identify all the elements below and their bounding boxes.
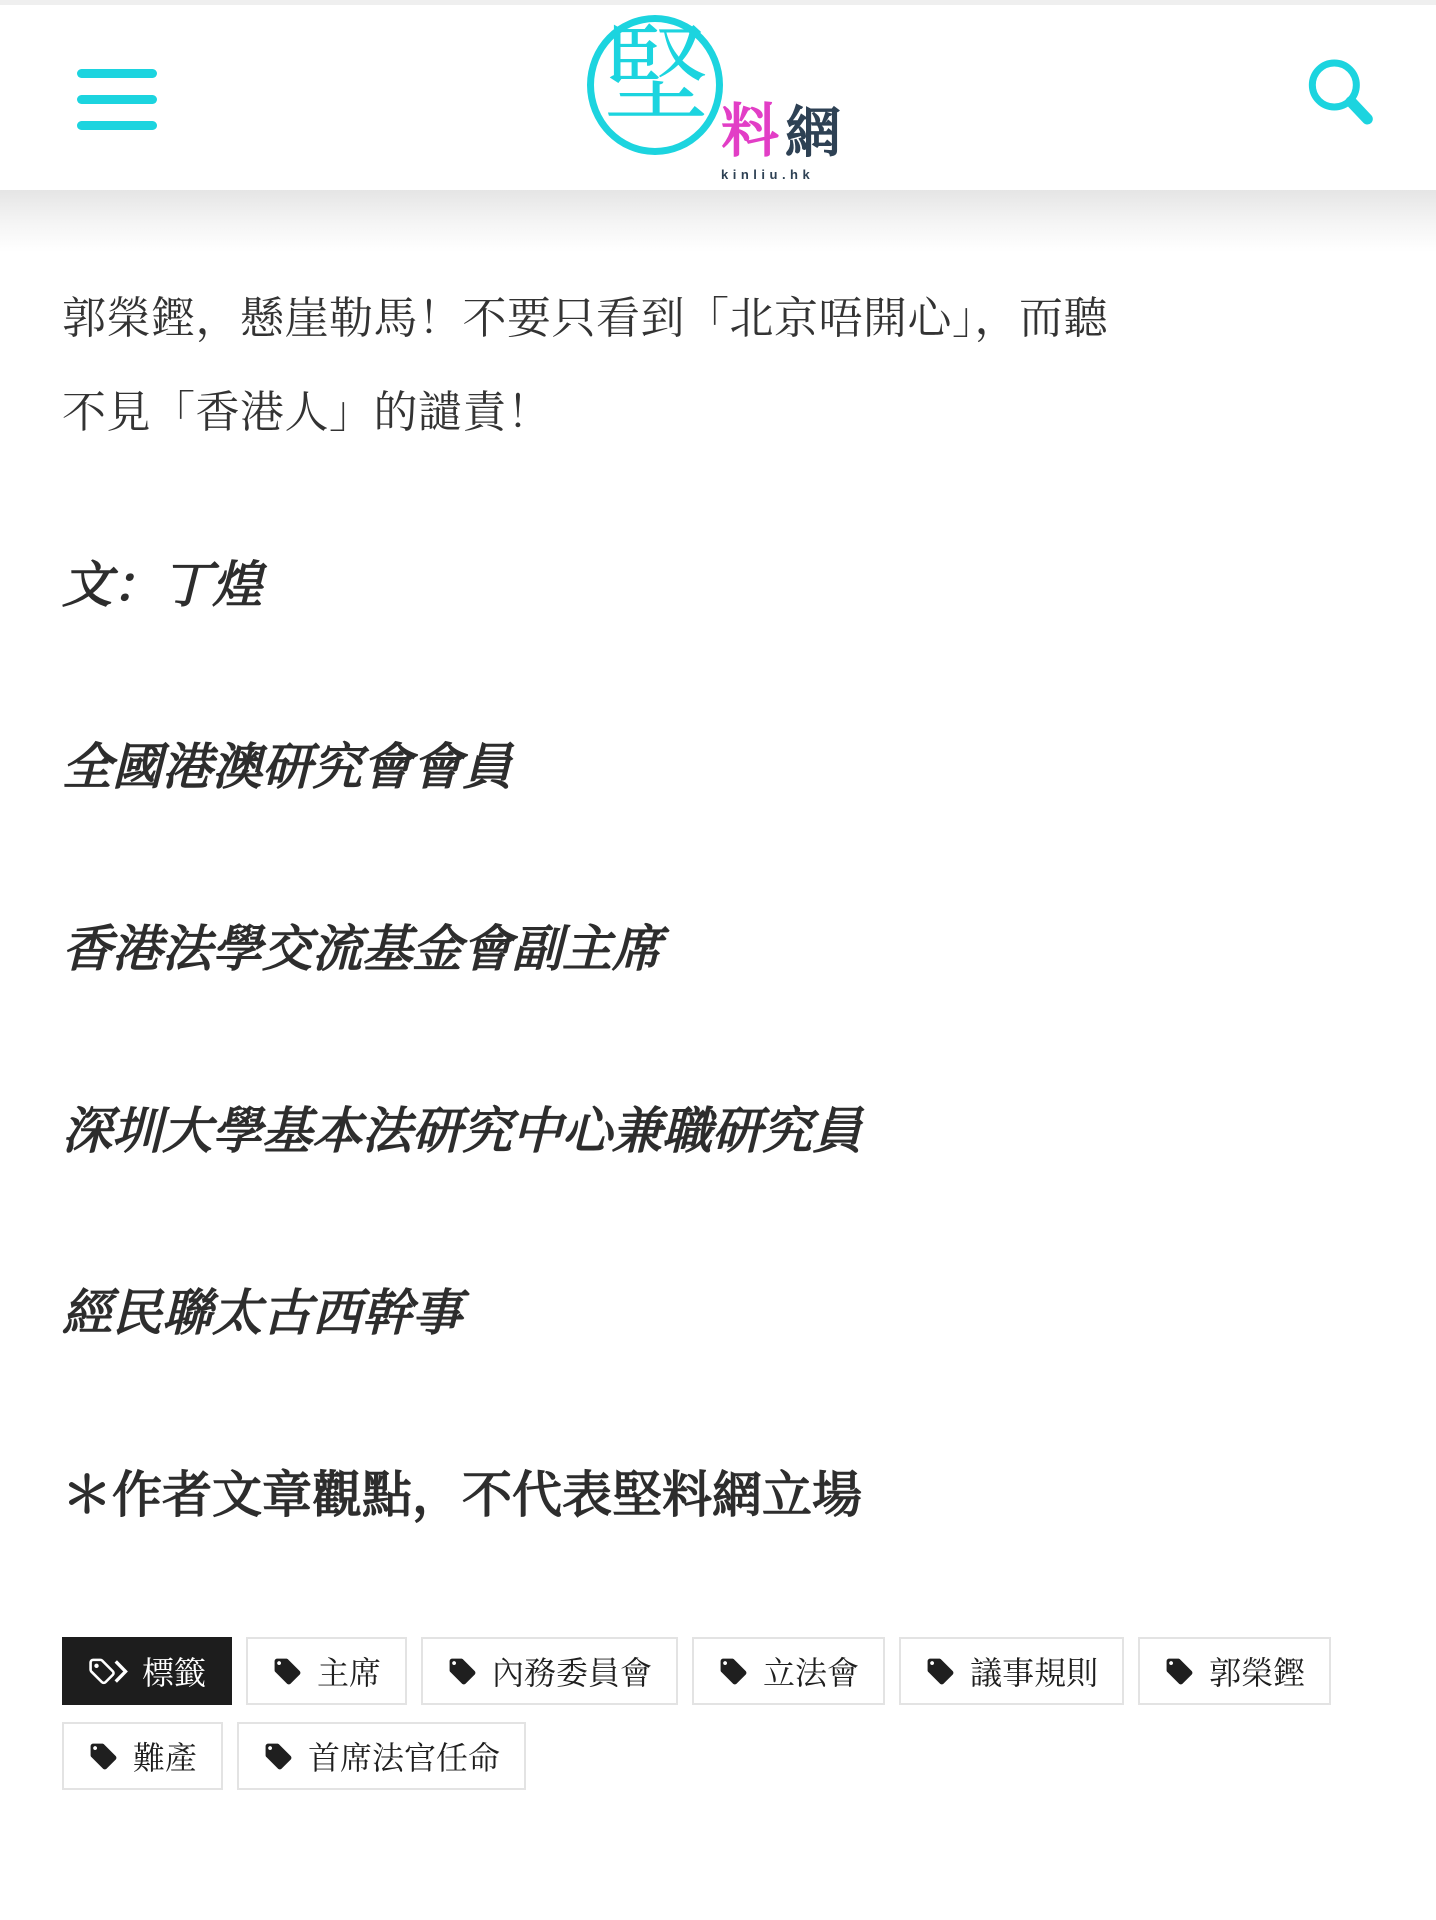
tag-chip[interactable]: 議事規則 <box>899 1637 1124 1705</box>
tag-text: 郭榮鏗 <box>1209 1648 1305 1694</box>
tag-chip[interactable]: 難產 <box>62 1722 223 1790</box>
author-role: 全國港澳研究會會員 <box>62 732 1374 802</box>
tags-section: 標籤 主席 內務委員會 立法會 議事規則 郭榮鏗 難產 <box>0 1637 1436 1920</box>
tag-icon <box>88 1741 119 1772</box>
tag-chip[interactable]: 內務委員會 <box>421 1637 678 1705</box>
logo-character: 堅 <box>603 23 709 129</box>
tag-icon <box>263 1741 294 1772</box>
tag-icon <box>272 1656 303 1687</box>
author-role: 深圳大學基本法研究中心兼職研究員 <box>62 1096 1374 1166</box>
site-header: 堅 料 網 kinliu.hk <box>0 5 1436 190</box>
tags-label-chip: 標籤 <box>62 1637 232 1705</box>
hamburger-menu-icon[interactable] <box>77 69 157 130</box>
tags-icon <box>88 1656 128 1687</box>
logo-character-navy: 網 <box>785 105 841 161</box>
tag-chip[interactable]: 主席 <box>246 1637 407 1705</box>
tag-text: 主席 <box>317 1648 381 1694</box>
tag-icon <box>718 1656 749 1687</box>
article-title: 郭榮鏗，懸崖勒馬！不要只看到「北京唔開心」，而聽不見「香港人」的譴責！ <box>62 272 1137 460</box>
tag-icon <box>925 1656 956 1687</box>
tag-text: 內務委員會 <box>492 1648 652 1694</box>
author-roles: 全國港澳研究會會員香港法學交流基金會副主席深圳大學基本法研究中心兼職研究員經民聯… <box>62 732 1374 1348</box>
header-shadow <box>0 190 1436 252</box>
logo-character-pink: 料 <box>721 103 779 161</box>
tag-chip[interactable]: 首席法官任命 <box>237 1722 526 1790</box>
tag-icon <box>1164 1656 1195 1687</box>
tag-chip[interactable]: 立法會 <box>692 1637 885 1705</box>
tag-text: 立法會 <box>763 1648 859 1694</box>
article: 郭榮鏗，懸崖勒馬！不要只看到「北京唔開心」，而聽不見「香港人」的譴責！ 文：丁煌… <box>0 272 1436 1530</box>
article-byline: 文：丁煌 <box>62 550 1374 620</box>
tag-icon <box>447 1656 478 1687</box>
tag-chip[interactable]: 郭榮鏗 <box>1138 1637 1331 1705</box>
tag-text: 首席法官任命 <box>308 1733 500 1779</box>
tags-label-text: 標籤 <box>142 1648 206 1694</box>
author-role: 經民聯太古西幹事 <box>62 1278 1374 1348</box>
article-disclaimer: ＊作者文章觀點，不代表堅料網立場 <box>62 1460 1374 1530</box>
tag-text: 議事規則 <box>970 1648 1098 1694</box>
search-icon[interactable] <box>1300 53 1380 135</box>
tag-text: 難產 <box>133 1733 197 1779</box>
logo-domain-text: kinliu.hk <box>721 167 814 182</box>
author-role: 香港法學交流基金會副主席 <box>62 914 1374 984</box>
site-logo[interactable]: 堅 料 網 kinliu.hk <box>587 7 849 189</box>
